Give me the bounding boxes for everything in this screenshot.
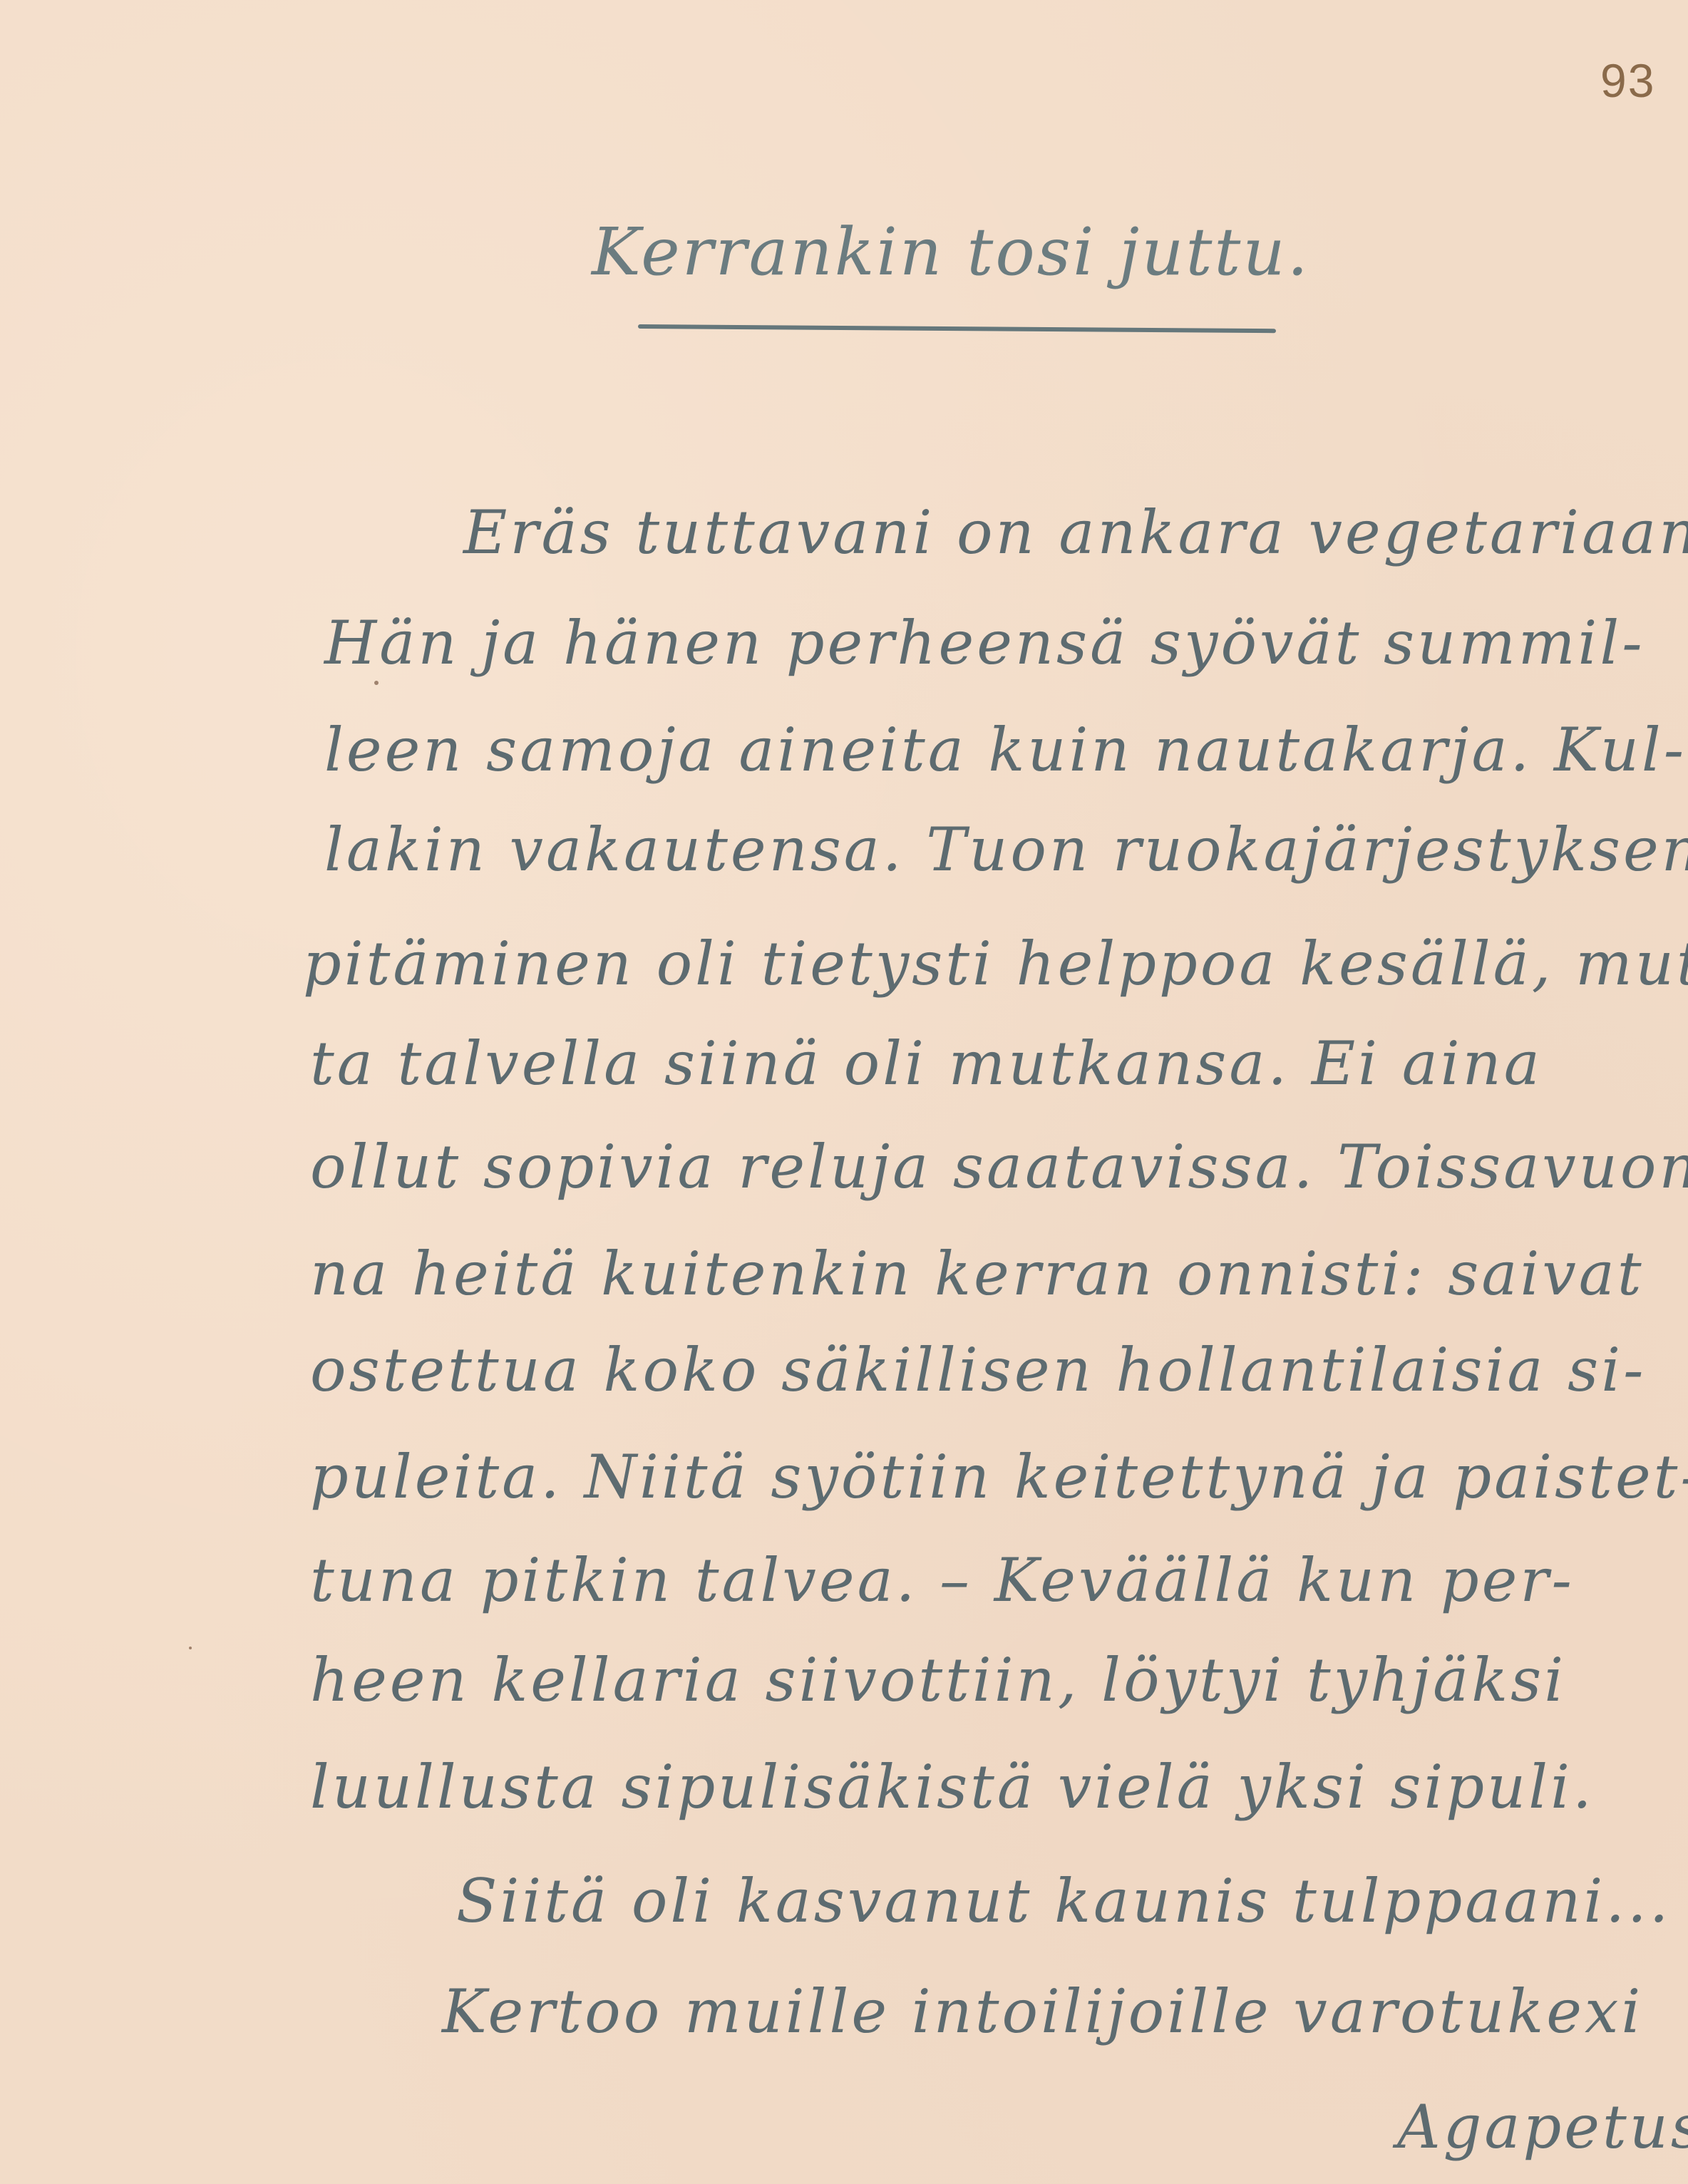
body-line-11: tuna pitkin talvea. – Keväällä kun per- [310, 1550, 1575, 1610]
body-line-4: lakin vakautensa. Tuon ruokajärjestyksen [324, 820, 1688, 880]
body-line-9: ostettua koko säkillisen hollantilaisia … [310, 1340, 1646, 1400]
body-line-3: leen samoja aineita kuin nautakarja. Kul… [324, 720, 1687, 780]
body-line-13: luullusta sipulisäkistä vielä yksi sipul… [310, 1757, 1595, 1817]
document-title: Kerrankin tosi juttu. [592, 214, 1310, 290]
body-line-5: pitäminen oli tietysti helppoa kesällä, … [303, 934, 1688, 994]
body-line-15: Kertoo muille intoilijoille varotukexi [442, 1982, 1643, 2041]
body-line-1: Eräs tuttavani on ankara vegetariaani. [463, 503, 1688, 562]
body-line-14: Siitä oli kasvanut kaunis tulppaani... [456, 1871, 1671, 1931]
body-line-8: na heitä kuitenkin kerran onnisti: saiva… [310, 1244, 1645, 1304]
manuscript-page: 93 Kerrankin tosi juttu. Eräs tuttavani … [0, 0, 1688, 2184]
body-line-10: puleita. Niitä syötiin keitettynä ja pai… [310, 1447, 1688, 1507]
author-signature: Agapetus. [1397, 2092, 1688, 2162]
title-underline [638, 324, 1276, 333]
body-line-6: ta talvella siinä oli mutkansa. Ei aina [310, 1034, 1543, 1093]
paper-speck [189, 1647, 192, 1649]
body-line-2: Hän ja hänen perheensä syövät summil- [324, 613, 1645, 673]
page-number: 93 [1600, 53, 1655, 108]
body-line-7: ollut sopivia reluja saatavissa. Toissav… [310, 1137, 1688, 1197]
body-line-12: heen kellaria siivottiin, löytyi tyhjäks… [310, 1650, 1566, 1710]
paper-speck [374, 681, 379, 685]
